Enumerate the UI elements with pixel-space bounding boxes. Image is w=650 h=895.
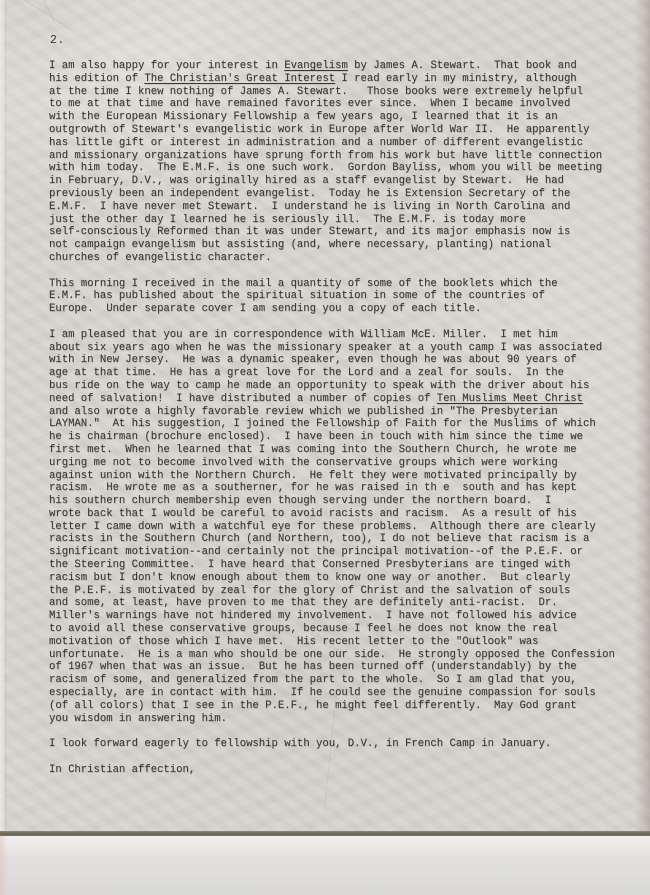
paragraph-text: I look forward eagerly to fellowship wit… <box>49 738 551 750</box>
scanner-backing <box>0 836 650 895</box>
paragraph-text: I read early in my ministry, although at… <box>49 73 602 264</box>
letter-body: I am also happy for your interest in Eva… <box>49 60 649 777</box>
page-number: 2. <box>50 34 65 47</box>
page-left-edge <box>0 0 7 833</box>
paragraph-text: and also wrote a highly favorable review… <box>49 406 615 725</box>
paragraph-text: In Christian affection, <box>49 764 195 776</box>
underlined-title: Ten Muslims Meet Christ <box>437 393 583 405</box>
letter-paragraph: This morning I received in the mail a qu… <box>49 278 649 316</box>
letter-paragraph: I am also happy for your interest in Eva… <box>49 60 649 265</box>
letter-paragraph: In Christian affection, <box>49 764 649 777</box>
paragraph-text: I am also happy for your interest in <box>49 60 284 72</box>
letter-paper: 2. I am also happy for your interest in … <box>0 0 650 833</box>
paper-crease <box>28 0 55 24</box>
underlined-title: The Christian's Great Interest <box>144 73 335 85</box>
paper-crease <box>0 0 71 30</box>
paragraph-text: This morning I received in the mail a qu… <box>49 278 558 316</box>
scanned-letter-page: 2. I am also happy for your interest in … <box>0 0 650 895</box>
underlined-title: Evangelism <box>284 60 348 72</box>
letter-paragraph: I look forward eagerly to fellowship wit… <box>49 738 649 751</box>
letter-paragraph: I am pleased that you are in corresponde… <box>49 329 649 726</box>
